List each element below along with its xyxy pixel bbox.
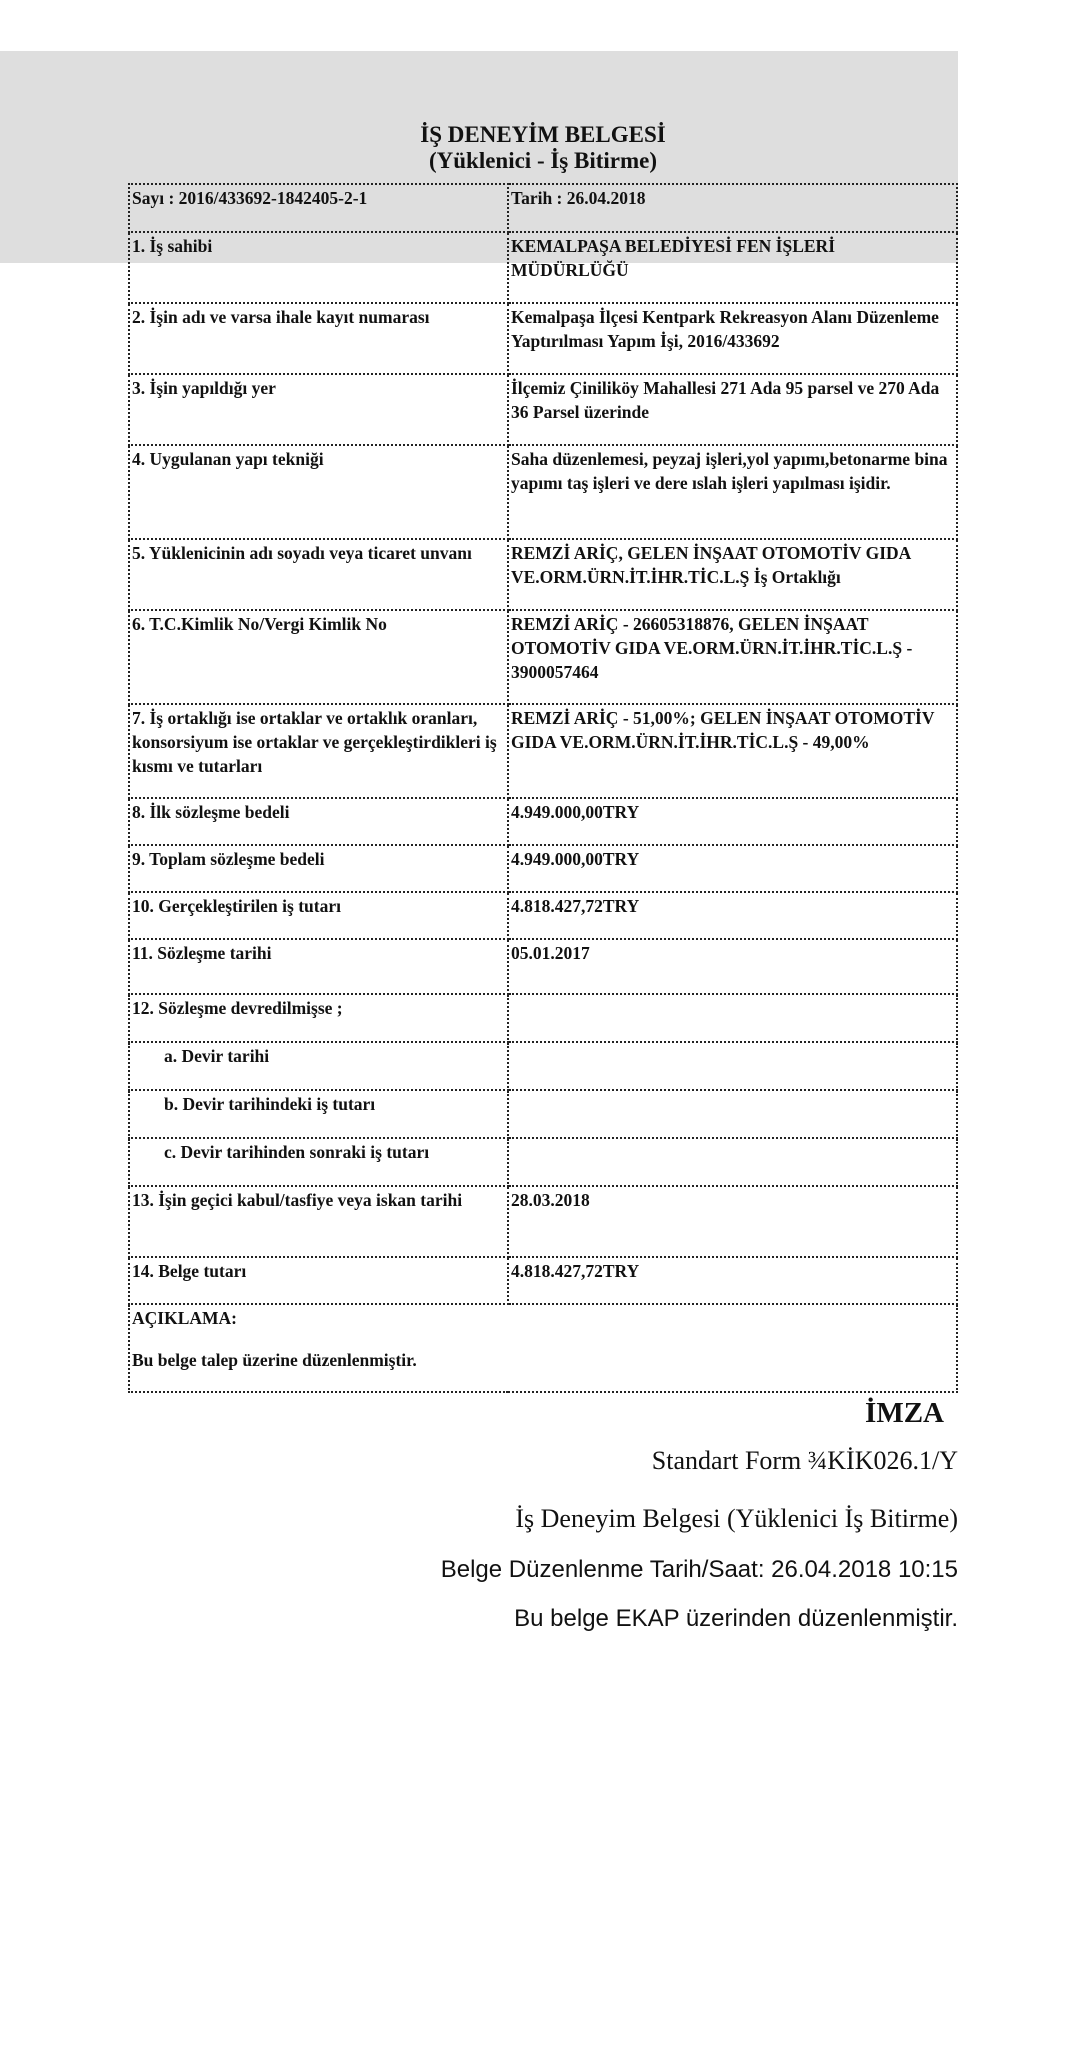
row-label: 2. İşin adı ve varsa ihale kayıt numaras…	[129, 303, 508, 374]
row-value: 05.01.2017	[508, 939, 957, 994]
row-label: 13. İşin geçici kabul/tasfiye veya iskan…	[129, 1186, 508, 1257]
row-label: 1. İş sahibi	[129, 232, 508, 303]
table-row: 14. Belge tutarı 4.818.427,72TRY	[129, 1257, 957, 1304]
document-number: Sayı : 2016/433692-1842405-2-1	[129, 184, 508, 232]
row-value: 28.03.2018	[508, 1186, 957, 1257]
ekap-note: Bu belge EKAP üzerinden düzenlenmiştir.	[514, 1605, 958, 1633]
row-label: 11. Sözleşme tarihi	[129, 939, 508, 994]
row-value: REMZİ ARİÇ - 26605318876, GELEN İNŞAAT O…	[508, 610, 957, 704]
row-label: 8. İlk sözleşme bedeli	[129, 798, 508, 845]
note-cell: AÇIKLAMA: Bu belge talep üzerine düzenle…	[129, 1304, 957, 1392]
table-row: 12. Sözleşme devredilmişse ;	[129, 994, 957, 1042]
table-row: c. Devir tarihinden sonraki iş tutarı	[129, 1138, 957, 1186]
table-row: 2. İşin adı ve varsa ihale kayıt numaras…	[129, 303, 957, 374]
row-label: 3. İşin yapıldığı yer	[129, 374, 508, 445]
row-label: 7. İş ortaklığı ise ortaklar ve ortaklık…	[129, 704, 508, 798]
row-value: 4.949.000,00TRY	[508, 845, 957, 892]
row-value: 4.818.427,72TRY	[508, 1257, 957, 1304]
row-value: 4.949.000,00TRY	[508, 798, 957, 845]
document-name: İş Deneyim Belgesi (Yüklenici İş Bitirme…	[515, 1504, 958, 1534]
row-label: 5. Yüklenicinin adı soyadı veya ticaret …	[129, 539, 508, 610]
row-value: REMZİ ARİÇ, GELEN İNŞAAT OTOMOTİV GIDA V…	[508, 539, 957, 610]
row-label: 4. Uygulanan yapı tekniği	[129, 445, 508, 539]
table-row: 10. Gerçekleştirilen iş tutarı 4.818.427…	[129, 892, 957, 939]
table-row-note: AÇIKLAMA: Bu belge talep üzerine düzenle…	[129, 1304, 957, 1392]
issue-timestamp: Belge Düzenlenme Tarih/Saat: 26.04.2018 …	[441, 1556, 958, 1584]
row-label: 9. Toplam sözleşme bedeli	[129, 845, 508, 892]
signature-label: İMZA	[865, 1397, 944, 1430]
row-label: 6. T.C.Kimlik No/Vergi Kimlik No	[129, 610, 508, 704]
document-date: Tarih : 26.04.2018	[508, 184, 957, 232]
table-row: a. Devir tarihi	[129, 1042, 957, 1090]
row-value	[508, 1090, 957, 1138]
table-row: 9. Toplam sözleşme bedeli 4.949.000,00TR…	[129, 845, 957, 892]
row-label: c. Devir tarihinden sonraki iş tutarı	[129, 1138, 508, 1186]
table-row: 4. Uygulanan yapı tekniği Saha düzenleme…	[129, 445, 957, 539]
document-title: İŞ DENEYİM BELGESİ	[128, 122, 958, 148]
row-label: 14. Belge tutarı	[129, 1257, 508, 1304]
table-row: 11. Sözleşme tarihi 05.01.2017	[129, 939, 957, 994]
row-value	[508, 1138, 957, 1186]
experience-certificate-table: Sayı : 2016/433692-1842405-2-1 Tarih : 2…	[128, 183, 958, 1393]
row-value: KEMALPAŞA BELEDİYESİ FEN İŞLERİ MÜDÜRLÜĞ…	[508, 232, 957, 303]
row-value	[508, 994, 957, 1042]
document-title-block: İŞ DENEYİM BELGESİ (Yüklenici - İş Bitir…	[128, 122, 958, 174]
table-row: 6. T.C.Kimlik No/Vergi Kimlik No REMZİ A…	[129, 610, 957, 704]
note-text: Bu belge talep üzerine düzenlenmiştir.	[132, 1350, 417, 1370]
row-label: 12. Sözleşme devredilmişse ;	[129, 994, 508, 1042]
row-value: Saha düzenlemesi, peyzaj işleri,yol yapı…	[508, 445, 957, 539]
table-row: b. Devir tarihindeki iş tutarı	[129, 1090, 957, 1138]
table-row: 13. İşin geçici kabul/tasfiye veya iskan…	[129, 1186, 957, 1257]
document-subtitle: (Yüklenici - İş Bitirme)	[128, 148, 958, 174]
table-row: 8. İlk sözleşme bedeli 4.949.000,00TRY	[129, 798, 957, 845]
row-label: 10. Gerçekleştirilen iş tutarı	[129, 892, 508, 939]
table-row: 1. İş sahibi KEMALPAŞA BELEDİYESİ FEN İŞ…	[129, 232, 957, 303]
table-row: 3. İşin yapıldığı yer İlçemiz Çiniliköy …	[129, 374, 957, 445]
table-row: 7. İş ortaklığı ise ortaklar ve ortaklık…	[129, 704, 957, 798]
row-value	[508, 1042, 957, 1090]
table-row-meta: Sayı : 2016/433692-1842405-2-1 Tarih : 2…	[129, 184, 957, 232]
row-label: a. Devir tarihi	[129, 1042, 508, 1090]
note-heading: AÇIKLAMA:	[132, 1306, 954, 1330]
row-value: 4.818.427,72TRY	[508, 892, 957, 939]
table-row: 5. Yüklenicinin adı soyadı veya ticaret …	[129, 539, 957, 610]
form-code: Standart Form ¾KİK026.1/Y	[652, 1446, 958, 1476]
row-label: b. Devir tarihindeki iş tutarı	[129, 1090, 508, 1138]
row-value: REMZİ ARİÇ - 51,00%; GELEN İNŞAAT OTOMOT…	[508, 704, 957, 798]
row-value: İlçemiz Çiniliköy Mahallesi 271 Ada 95 p…	[508, 374, 957, 445]
row-value: Kemalpaşa İlçesi Kentpark Rekreasyon Ala…	[508, 303, 957, 374]
